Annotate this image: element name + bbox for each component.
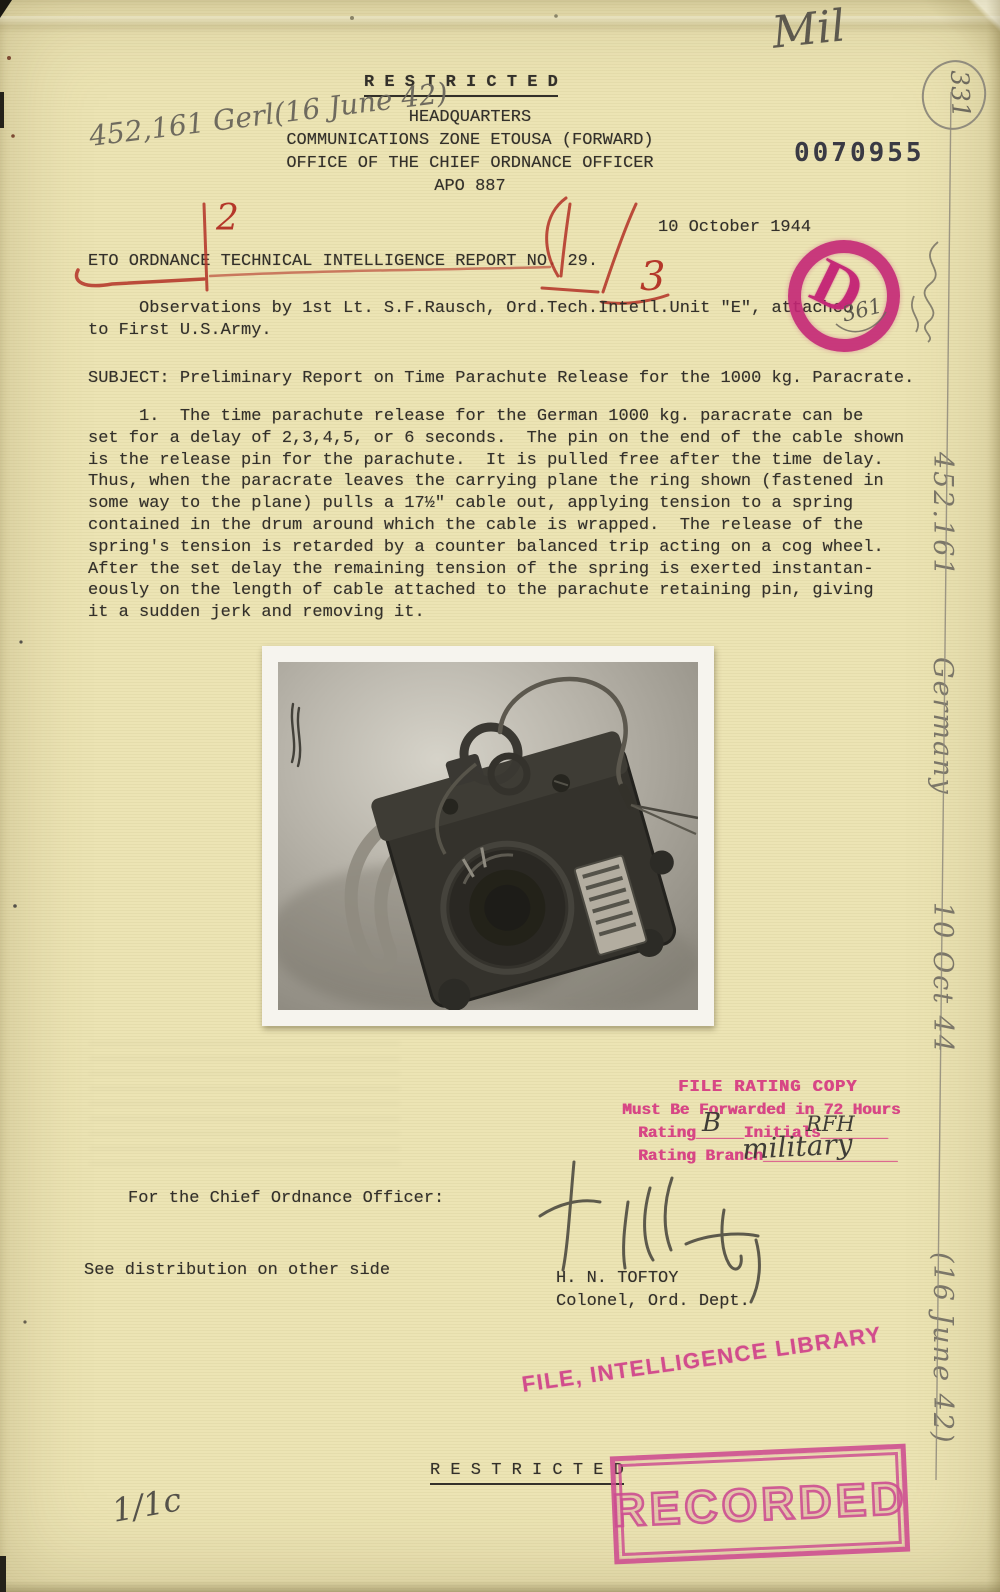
paper-edge-shadow-right bbox=[986, 0, 1000, 1592]
paper-crease bbox=[0, 16, 1000, 34]
rating-stamp-title: FILE RATING COPY bbox=[678, 1078, 857, 1097]
rating-stamp-line2: Must Be Forwarded in 72 Hours bbox=[622, 1101, 900, 1119]
pencil-mil-note: Mil bbox=[770, 0, 848, 58]
red-number-2: 2 bbox=[215, 198, 239, 239]
rating-value-handwritten: B bbox=[702, 1108, 721, 1138]
body-paragraph: 1. The time parachute release for the Ge… bbox=[88, 406, 904, 624]
paper-torn-notch bbox=[0, 0, 12, 18]
photograph bbox=[262, 646, 714, 1026]
paper-torn-sliver bbox=[0, 92, 4, 128]
paper-torn-sliver-bottom bbox=[0, 1556, 6, 1592]
recorded-stamp: RECORDED bbox=[610, 1444, 910, 1565]
circled-number: 331 bbox=[914, 53, 993, 136]
margin-script-illegible bbox=[912, 242, 938, 342]
margin-note-number: 452.161 bbox=[927, 452, 958, 578]
observations-paragraph: Observations by 1st Lt. S.F.Rausch, Ord.… bbox=[88, 298, 853, 342]
distribution-note: See distribution on other side bbox=[84, 1260, 390, 1282]
classification-bottom: R E S T R I C T E D bbox=[430, 1460, 624, 1485]
pencil-initials: 1/1c bbox=[109, 1480, 184, 1529]
photo-device-image bbox=[278, 662, 698, 1010]
red-number-3: 3 bbox=[640, 254, 665, 300]
signatory-title: Colonel, Ord. Dept. bbox=[556, 1291, 750, 1313]
circled-number-value: 331 bbox=[945, 70, 976, 119]
margin-note-date2: (16 June 42) bbox=[927, 1252, 958, 1445]
serial-number-stamp: 0070955 bbox=[794, 138, 925, 168]
paper-edge-shadow-bottom bbox=[0, 1580, 1000, 1592]
recorded-stamp-inner-border: RECORDED bbox=[618, 1452, 902, 1556]
subject-line: SUBJECT: Preliminary Report on Time Para… bbox=[88, 368, 914, 390]
letterhead: HEADQUARTERS COMMUNICATIONS ZONE ETOUSA … bbox=[250, 106, 690, 198]
intelligence-library-stamp: FILE, INTELLIGENCE LIBRARY bbox=[520, 1322, 883, 1398]
ink-bleed-ghost bbox=[90, 1035, 400, 1165]
for-officer-line: For the Chief Ordnance Officer: bbox=[128, 1188, 444, 1210]
document-page: R E S T R I C T E D 452,161 Gerl(16 June… bbox=[0, 0, 1000, 1592]
signatory-name: H. N. TOFTOY bbox=[556, 1268, 678, 1290]
margin-note-country: Germany bbox=[927, 657, 958, 796]
recorded-stamp-text: RECORDED bbox=[611, 1471, 908, 1538]
margin-note-date: 10 Oct 44 bbox=[927, 902, 958, 1054]
margin-vertical-note: 452.161 Germany 10 Oct 44 (16 June 42) bbox=[922, 452, 958, 1492]
